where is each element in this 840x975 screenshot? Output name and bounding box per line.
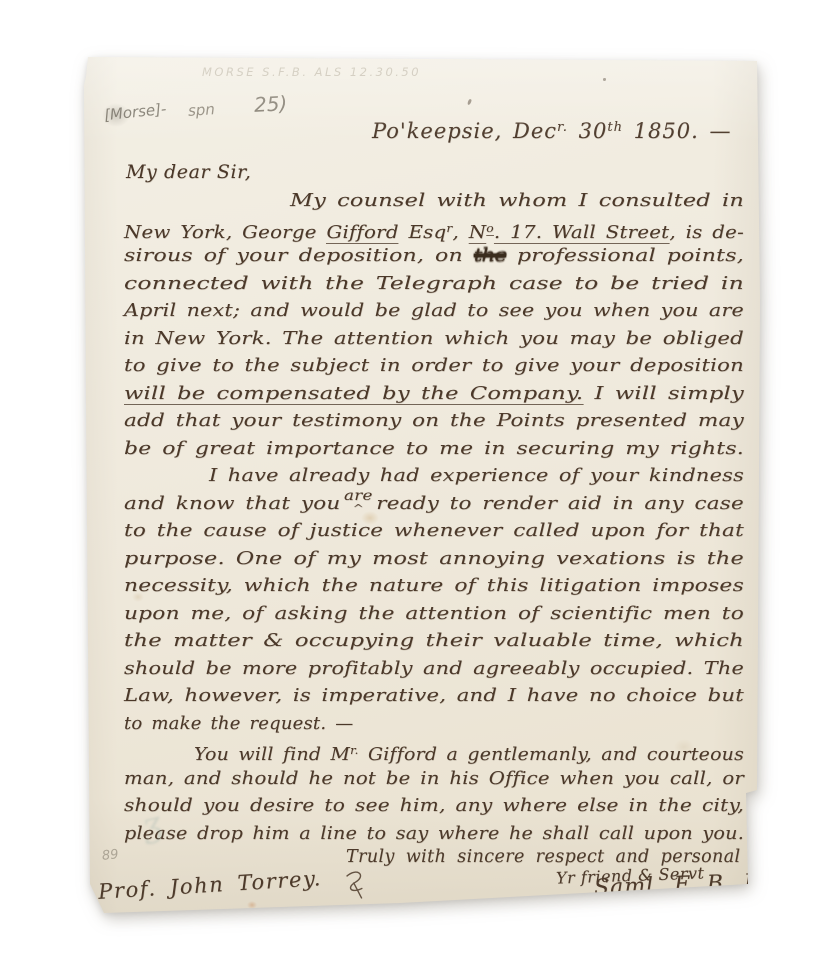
letter-line: You will find Mr. Gifford a gentlemanly,… [194,737,744,765]
text-run: purpose. One of my most annoying vexatio… [124,548,744,569]
text-run: please drop him a line to say where he s… [124,823,744,844]
text-run: to give to the subject in order to give … [124,355,744,376]
letter-body: My counsel with whom I consulted inNew Y… [124,187,744,847]
letter-line: and know that youareready to render aid … [124,490,744,518]
text-run: I will simply [583,383,744,404]
text-run: I have already had experience of your ki… [209,465,744,486]
text-run: should be more profitably and agreeably … [124,658,744,679]
addressee-flourish-icon [342,867,372,904]
text-run: Gifford [326,222,398,244]
text-run: add that your testimony on the Points pr… [124,410,744,431]
text-run: 1850. — [623,119,731,143]
dust-speck [603,78,606,81]
text-run: Esq [399,222,447,243]
pencil-catalog-inscription: MORSE S.F.B. ALS 12.30.50 [202,65,421,79]
letter-line: necessity, which the nature of this liti… [124,572,744,600]
letter-line: man, and should he not be in his Office … [124,765,744,793]
text-run: r. [350,744,358,757]
text-run: r. [557,120,568,135]
text-run: upon me, of asking the attention of scie… [124,603,744,624]
pencil-mark-number: 25) [253,91,287,117]
text-run: ready to render aid in any case [376,493,744,514]
letter-line: should you desire to see him, any where … [124,792,744,820]
text-run: sirous of your deposition, on [124,245,474,266]
text-run: are [344,483,373,511]
signature-flourish-icon [598,904,748,918]
text-run: to the cause of justice whenever called … [124,520,744,541]
text-run: N [469,222,487,244]
letter-line: add that your testimony on the Points pr… [124,407,744,435]
text-run: be of great importance to me in securing… [124,438,744,459]
scanned-letter-background: MORSE S.F.B. ALS 12.30.50 [Morse]- spn 2… [0,0,840,975]
text-run: 30 [568,119,607,143]
letter-line: to make the request. — [124,710,744,738]
text-run: April next; and would be glad to see you… [124,300,744,321]
text-run: You will find M [194,744,350,765]
letter-line: will be compensated by the Company. I wi… [124,380,744,408]
letter-line: be of great importance to me in securing… [124,435,744,463]
text-run: the [474,245,506,266]
letter-line: please drop him a line to say where he s… [124,820,744,848]
pencil-margin-number: 89 [101,847,119,864]
letter-line: to the cause of justice whenever called … [124,517,744,545]
letter-line: should be more profitably and agreeably … [124,655,744,683]
text-run: and know that you [124,493,340,514]
text-run: should you desire to see him, any where … [124,795,744,816]
pencil-mark-code: spn [187,100,215,120]
text-run: the matter & occupying their valuable ti… [124,630,744,651]
dateline: Po'keepsie, Decr. 30th 1850. — [372,119,731,143]
letter-line: sirous of your deposition, on the profes… [124,242,744,270]
text-run: will be compensated by the Company. [124,383,583,405]
letter-line: Law, however, is imperative, and I have … [124,682,744,710]
text-run: professional points, [506,245,744,266]
letter-line: to give to the subject in order to give … [124,352,744,380]
paper-shadow: MORSE S.F.B. ALS 12.30.50 [Morse]- spn 2… [84,57,760,917]
text-run: , is de- [669,222,744,243]
addressee: Prof. John Torrey. [97,866,322,904]
text-run: o [486,222,494,236]
text-run: necessity, which the nature of this liti… [124,575,744,596]
letter-line: purpose. One of my most annoying vexatio… [124,545,744,573]
letter-line: April next; and would be glad to see you… [124,297,744,325]
text-run: Po'keepsie, Dec [372,119,557,143]
text-run: Gifford a gentlemanly, and courteous [359,744,744,765]
text-run: Law, however, is imperative, and I have … [124,685,744,706]
text-run: New York, George [124,222,326,243]
pencil-mark-name: [Morse]- [103,100,167,124]
letter-line: the matter & occupying their valuable ti… [124,627,744,655]
letter-page: MORSE S.F.B. ALS 12.30.50 [Morse]- spn 2… [84,57,760,917]
text-run: man, and should he not be in his Office … [124,768,744,789]
text-run: connected with the Telegraph case to be … [124,273,744,294]
text-run: in New York. The attention which you may… [124,328,744,349]
letter-line: connected with the Telegraph case to be … [124,270,744,298]
letter-line: in New York. The attention which you may… [124,325,744,353]
letter-line: I have already had experience of your ki… [209,462,744,490]
text-run: th [607,120,623,135]
dust-speck [467,99,472,106]
text-run: , [452,222,468,243]
letter-line: upon me, of asking the attention of scie… [124,600,744,628]
text-run: . 17. Wall Street [494,222,669,244]
text-run: to make the request. — [124,713,353,734]
letter-line: New York, George Gifford Esqr, No. 17. W… [124,215,744,243]
text-run: My counsel with whom I consulted in [290,190,744,211]
letter-line: My counsel with whom I consulted in [290,187,744,215]
salutation: My dear Sir, [126,161,251,183]
closing-line: Truly with sincere respect and personal … [346,847,818,867]
